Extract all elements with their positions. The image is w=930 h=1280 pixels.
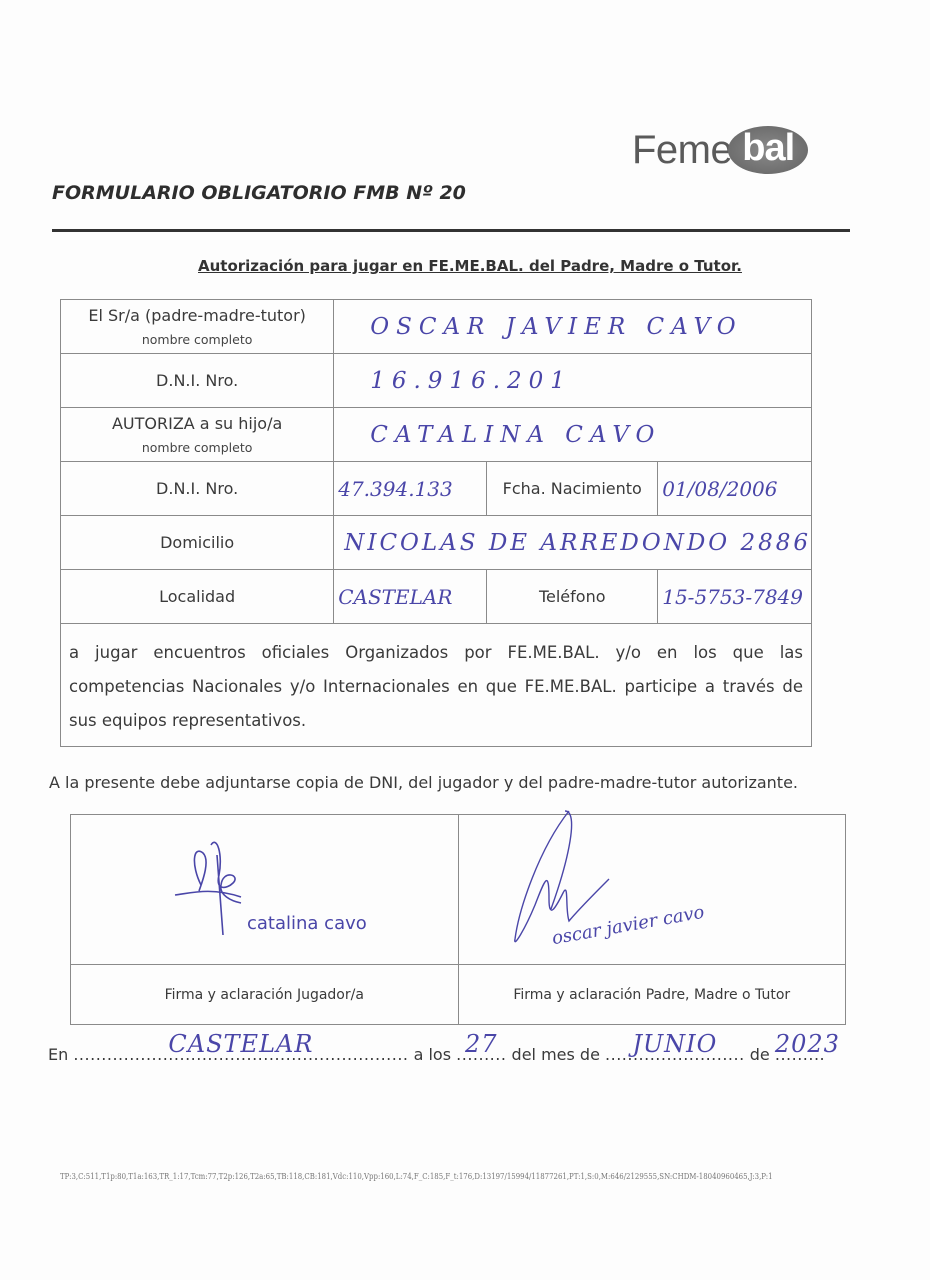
days-prefix: a los [414,1045,451,1064]
child-dni-row: D.N.I. Nro. 47.394.133 Fcha. Nacimiento … [61,462,812,516]
signature-table: catalina cavo oscar javier cavo Firma y … [70,814,846,1025]
locality-label: Localidad [61,570,334,624]
title-divider [52,229,850,232]
locality-field[interactable]: CASTELAR [334,570,487,624]
year-field[interactable]: ......... 2023 [775,1045,825,1064]
child-sublabel: nombre completo [61,440,333,455]
authorization-text-row: a jugar encuentros oficiales Organizados… [61,624,812,747]
place-value: CASTELAR [73,1030,408,1058]
attachment-note: A la presente debe adjuntarse copia de D… [49,773,798,792]
place-field[interactable]: ........................................… [73,1045,408,1064]
authorization-text: a jugar encuentros oficiales Organizados… [61,624,812,747]
logo-badge: bal [728,126,808,174]
guardian-name-field[interactable]: OSCAR JAVIER CAVO [334,300,812,354]
guardian-dni-label: D.N.I. Nro. [61,354,334,408]
form-subtitle: Autorización para jugar en FE.ME.BAL. de… [0,257,930,275]
femebal-logo: Feme bal [632,122,808,178]
month-value: JUNIO [605,1030,745,1058]
guardian-name-row: El Sr/a (padre-madre-tutor) nombre compl… [61,300,812,354]
child-name-field[interactable]: CATALINA CAVO [334,408,812,462]
guardian-label-text: El Sr/a (padre-madre-tutor) [88,306,306,325]
locality-row: Localidad CASTELAR Teléfono 15-5753-7849 [61,570,812,624]
logo-badge-text: bal [742,127,794,170]
authorization-table: El Sr/a (padre-madre-tutor) nombre compl… [60,299,812,747]
player-clarification: catalina cavo [247,913,367,934]
player-signature-box[interactable]: catalina cavo [71,815,459,965]
logo-text: Feme [632,128,732,173]
guardian-dni-field[interactable]: 16.916.201 [334,354,812,408]
form-title: FORMULARIO OBLIGATORIO FMB Nº 20 [52,182,466,204]
year-prefix: de [750,1045,770,1064]
child-dni-label: D.N.I. Nro. [61,462,334,516]
month-field[interactable]: ......................... JUNIO [605,1045,745,1064]
child-label-text: AUTORIZA a su hijo/a [112,414,282,433]
player-signature-label: Firma y aclaración Jugador/a [71,965,459,1025]
phone-label: Teléfono [487,570,658,624]
phone-field[interactable]: 15-5753-7849 [658,570,812,624]
address-field[interactable]: NICOLAS DE ARREDONDO 2886 [334,516,812,570]
day-field[interactable]: ......... 27 [456,1045,506,1064]
child-name-row: AUTORIZA a su hijo/a nombre completo CAT… [61,408,812,462]
dateline-prefix: En [48,1045,68,1064]
address-row: Domicilio NICOLAS DE ARREDONDO 2886 [61,516,812,570]
address-label: Domicilio [61,516,334,570]
child-dni-field[interactable]: 47.394.133 [334,462,487,516]
guardian-dni-row: D.N.I. Nro. 16.916.201 [61,354,812,408]
year-value: 2023 [775,1030,825,1058]
child-name-label: AUTORIZA a su hijo/a nombre completo [61,408,334,462]
birth-date-label: Fcha. Nacimiento [487,462,658,516]
place-date-line: En .....................................… [48,1045,825,1064]
scanner-footer-code: TP:3,C:511,T1p:80,T1a:163,TR_1:17,Tcm:77… [60,1172,773,1182]
birth-date-field[interactable]: 01/08/2006 [658,462,812,516]
guardian-signature-box[interactable]: oscar javier cavo [458,815,846,965]
guardian-signature-label: Firma y aclaración Padre, Madre o Tutor [458,965,846,1025]
guardian-sublabel: nombre completo [61,332,333,347]
month-prefix: del mes de [512,1045,600,1064]
guardian-name-label: El Sr/a (padre-madre-tutor) nombre compl… [61,300,334,354]
day-value: 27 [456,1030,506,1058]
